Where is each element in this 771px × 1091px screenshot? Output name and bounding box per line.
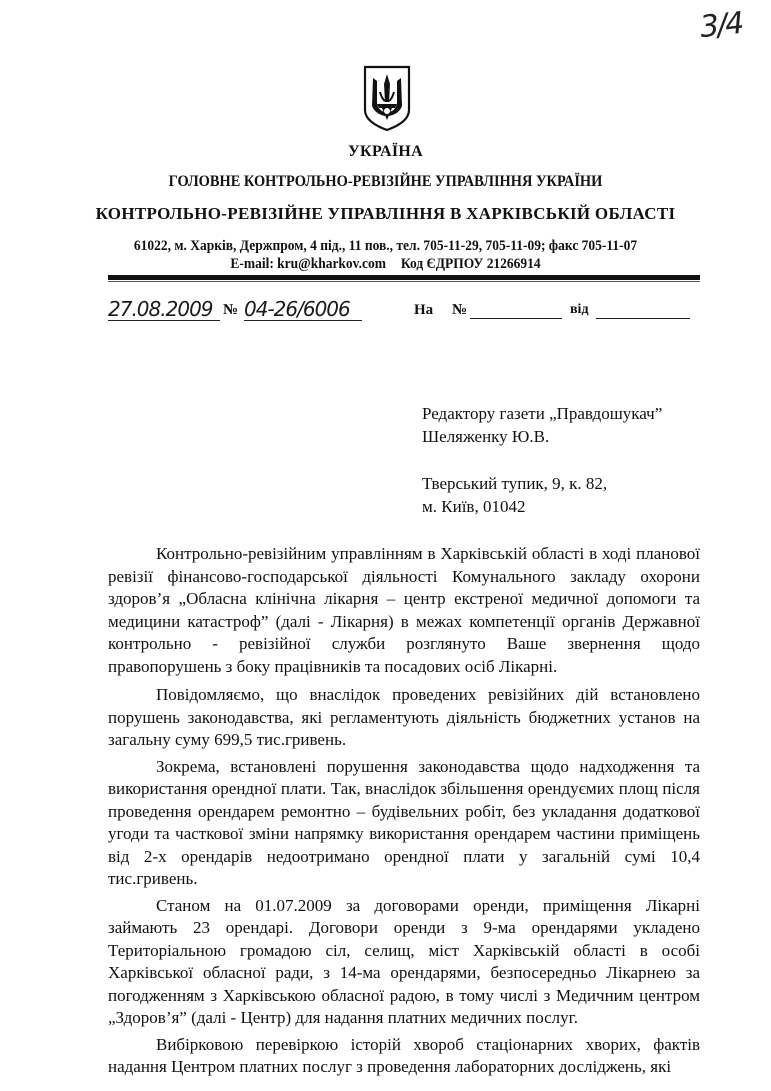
number-label: №: [223, 302, 238, 319]
reply-number-field: [470, 318, 562, 319]
reply-date-label: від: [570, 302, 589, 318]
outgoing-number: 04-26/6006: [244, 298, 362, 321]
recipient-name: Шеляженку Ю.В.: [422, 425, 662, 448]
parent-organization: ГОЛОВНЕ КОНТРОЛЬНО-РЕВІЗІЙНЕ УПРАВЛІННЯ …: [39, 173, 733, 191]
reply-number-label: №: [452, 302, 467, 319]
trident-coat-of-arms-icon: [362, 64, 412, 132]
body-paragraph: Вибірковою перевіркою історій хвороб ста…: [108, 1034, 700, 1079]
organization-contacts: E-mail: kru@kharkov.comКод ЄДРПОУ 212669…: [27, 256, 744, 273]
recipient-city: м. Київ, 01042: [422, 495, 662, 518]
email-address: E-mail: kru@kharkov.com: [230, 256, 386, 272]
recipient-block: Редактору газети „Правдошукач” Шеляженку…: [422, 402, 662, 518]
body-paragraph: Станом на 01.07.2009 за договорами оренд…: [108, 895, 700, 1030]
reply-date-field: [596, 318, 690, 319]
handwritten-page-mark: 3/4: [698, 6, 744, 45]
recipient-street: Тверський тупик, 9, к. 82,: [422, 472, 662, 495]
body-paragraph: Повідомляємо, що внаслідок проведених ре…: [108, 684, 700, 752]
edrpou-code: Код ЄДРПОУ 21266914: [401, 256, 541, 272]
recipient-title: Редактору газети „Правдошукач”: [422, 402, 662, 425]
organization-address: 61022, м. Харків, Держпром, 4 під., 11 п…: [27, 238, 744, 255]
body-paragraph: Зокрема, встановлені порушення законодав…: [108, 756, 700, 891]
outgoing-date: 27.08.2009: [108, 298, 220, 321]
letterhead-divider: [108, 275, 700, 280]
reference-row: 27.08.2009 № 04-26/6006 На № від: [108, 298, 708, 328]
letterhead-divider-thin: [108, 281, 700, 282]
country-name: УКРАЇНА: [0, 143, 771, 161]
reply-to-label: На: [414, 302, 433, 319]
organization-name: КОНТРОЛЬНО-РЕВІЗІЙНЕ УПРАВЛІННЯ В ХАРКІВ…: [0, 204, 771, 224]
body-paragraph: Контрольно-ревізійним управлінням в Харк…: [108, 543, 700, 678]
letter-body: Контрольно-ревізійним управлінням в Харк…: [108, 543, 700, 1083]
